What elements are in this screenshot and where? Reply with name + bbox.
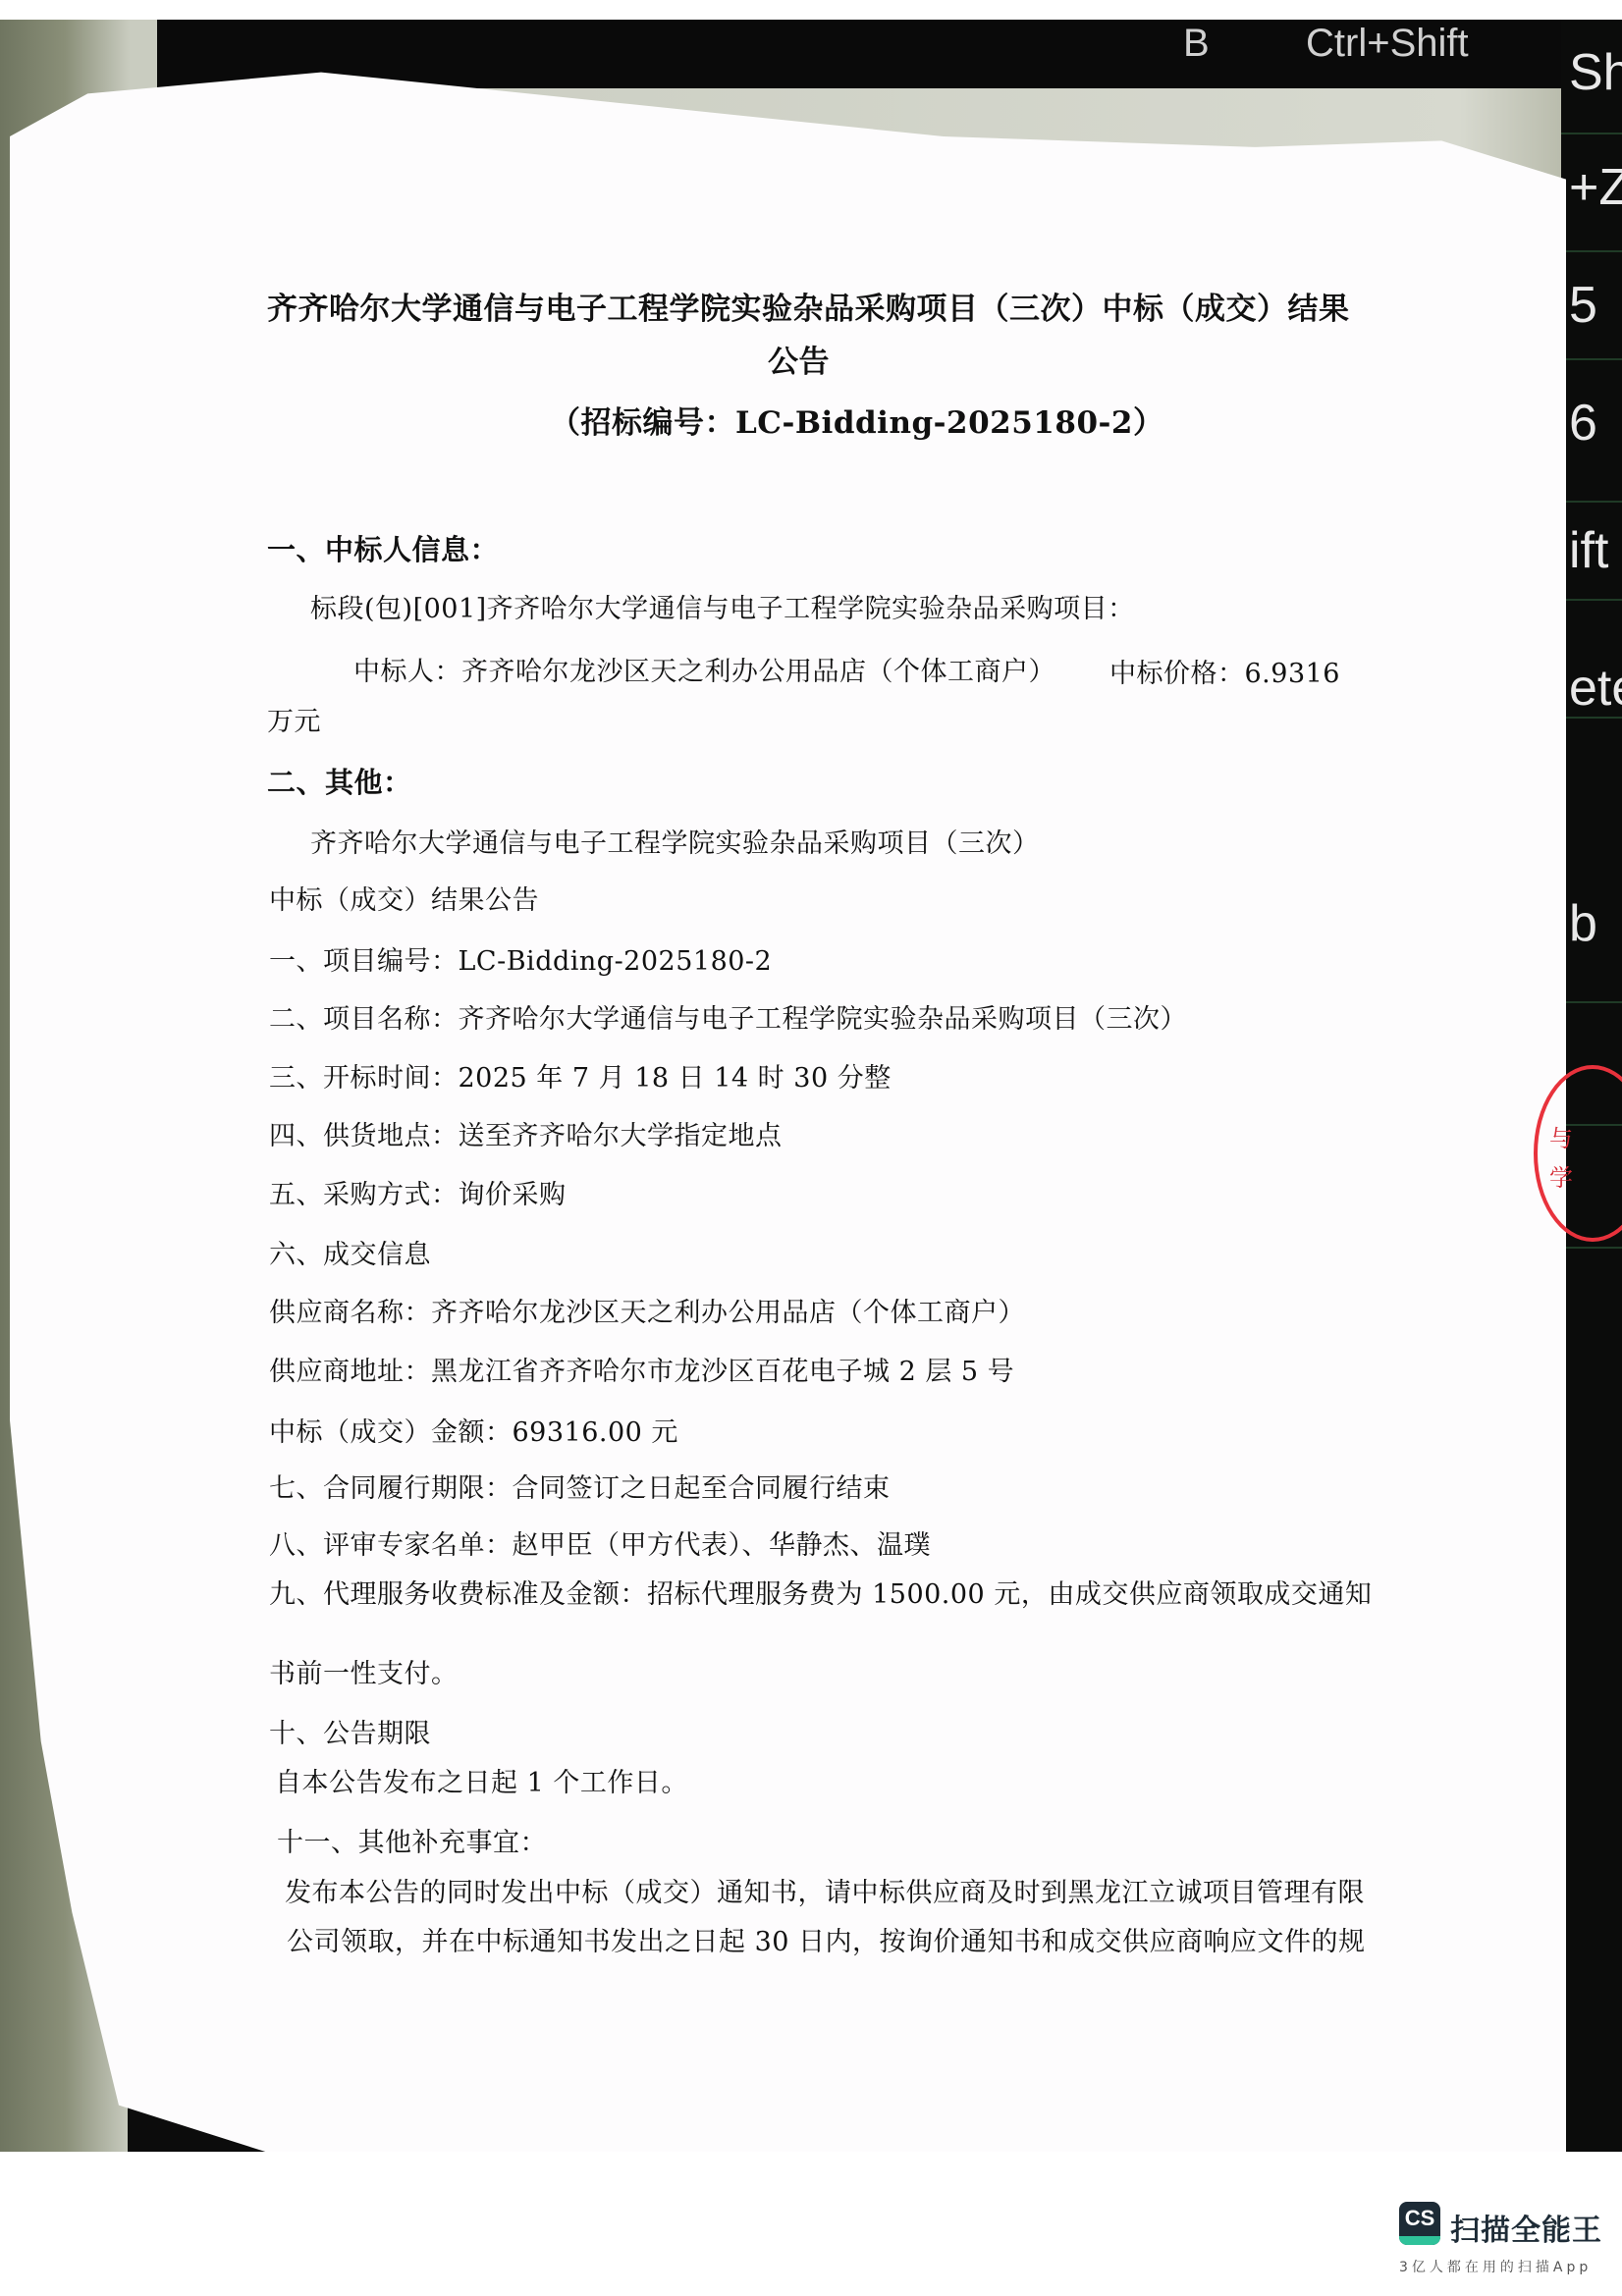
keyboard-label: ete [1569,663,1622,714]
divider [1561,717,1622,719]
divider [1561,133,1622,134]
stamp-char: 学 [1549,1158,1573,1193]
item-agency-fee-continued: 书前一性支付。 [269,1660,459,1689]
divider [1561,358,1622,360]
keyboard-label: ift [1569,525,1608,576]
item-opening-time: 三、开标时间：2025 年 7 月 18 日 14 时 30 分整 [269,1064,892,1094]
divider [1561,250,1622,252]
keyboard-label: B [1183,22,1210,66]
bid-number: （招标编号：LC-Bidding-2025180-2） [550,406,1163,440]
item-agency-fee: 九、代理服务收费标准及金额：招标代理服务费为 1500.00 元，由成交供应商领… [269,1580,1372,1610]
item-notice-period: 十、公告期限 [269,1720,431,1749]
other-matters-text: 发布本公告的同时发出中标（成交）通知书，请中标供应商及时到黑龙江立诚项目管理有限 [285,1879,1365,1908]
stamp-char: 与 [1549,1119,1573,1153]
subtitle-line: 齐齐哈尔大学通信与电子工程学院实验杂品采购项目（三次） [310,829,1040,859]
winner-line: 中标人：齐齐哈尔龙沙区天之利办公用品店（个体工商户） [353,658,1055,687]
price-unit: 万元 [267,708,321,737]
camscanner-tagline: 3亿人都在用的扫描App [1399,2257,1592,2276]
document-title-continued: 公告 [768,346,830,379]
keyboard-label: b [1569,898,1597,949]
divider [1561,599,1622,601]
section-heading-other: 二、其他： [267,768,412,799]
keyboard-label: Shift [1569,47,1622,98]
divider [1561,501,1622,503]
camscanner-logo-icon: CS [1399,2202,1440,2245]
winner-price: 中标价格：6.9316 [1109,660,1340,689]
keyboard-label: 6 [1569,398,1597,449]
item-project-name: 二、项目名称：齐齐哈尔大学通信与电子工程学院实验杂品采购项目（三次） [269,1005,1187,1035]
notice-period-value: 自本公告发布之日起 1 个工作日。 [275,1769,688,1798]
divider [1561,1247,1622,1249]
item-other-matters: 十一、其他补充事宜： [277,1829,547,1858]
item-delivery-location: 四、供货地点：送至齐齐哈尔大学指定地点 [269,1122,783,1151]
camscanner-app-name: 扫描全能王 [1450,2206,1602,2249]
subtitle-line: 中标（成交）结果公告 [269,886,539,916]
deal-amount: 中标（成交）金额：69316.00 元 [269,1418,678,1448]
keyboard-label: +Z [1569,162,1622,213]
supplier-address: 供应商地址：黑龙江省齐齐哈尔市龙沙区百花电子城 2 层 5 号 [269,1358,1014,1387]
item-expert-list: 八、评审专家名单：赵甲臣（甲方代表）、华静杰、温璞 [269,1531,931,1561]
lot-line: 标段(包)[001]齐齐哈尔大学通信与电子工程学院实验杂品采购项目： [310,595,1135,624]
section-heading-winner: 一、中标人信息： [267,535,499,566]
item-deal-info: 六、成交信息 [269,1241,431,1270]
divider [1561,1001,1622,1003]
document-title: 齐齐哈尔大学通信与电子工程学院实验杂品采购项目（三次）中标（成交）结果 [267,293,1350,326]
item-project-number: 一、项目编号：LC-Bidding-2025180-2 [269,947,772,977]
supplier-name: 供应商名称：齐齐哈尔龙沙区天之利办公用品店（个体工商户） [269,1299,1025,1328]
item-contract-period: 七、合同履行期限：合同签订之日起至合同履行结束 [269,1474,891,1504]
item-procurement-method: 五、采购方式：询价采购 [269,1181,567,1210]
other-matters-text: 公司领取，并在中标通知书发出之日起 30 日内，按询价通知书和成交供应商响应文件… [287,1928,1366,1957]
keyboard-label: Ctrl+Shift [1306,22,1469,66]
keyboard-label: 5 [1569,280,1597,331]
